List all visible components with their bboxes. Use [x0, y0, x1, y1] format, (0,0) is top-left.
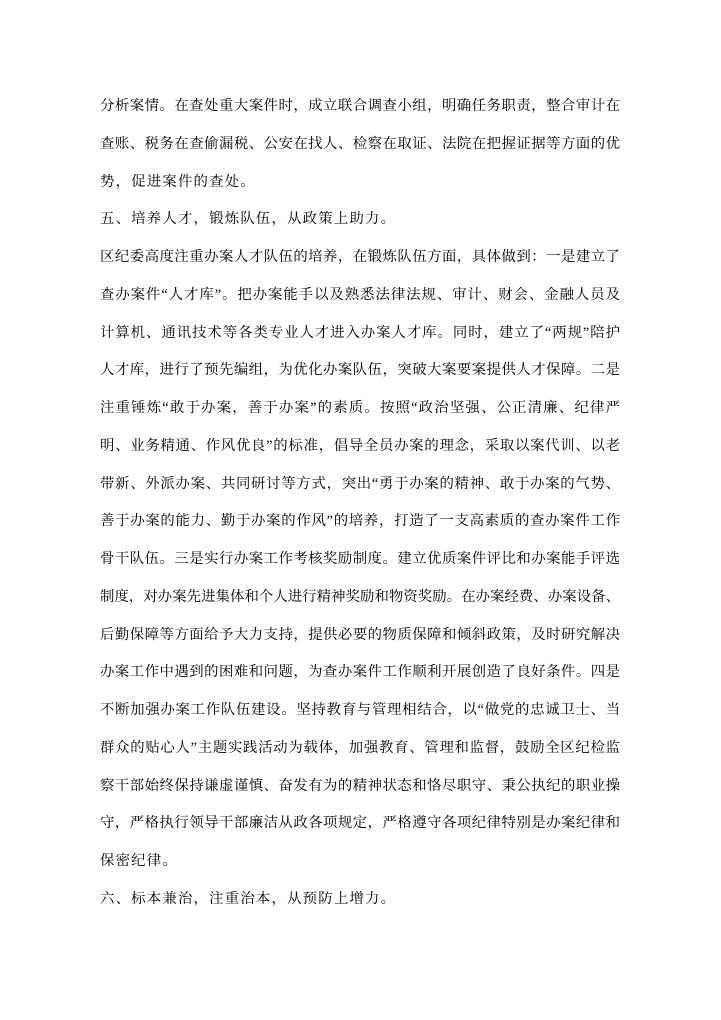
text-line: 区纪委高度注重办案人才队伍的培养，在锻炼队伍方面，具体做到：一是建立了: [100, 239, 620, 277]
text-line: 查账、税务在查偷漏税、公安在找人、检察在取证、法院在把握证据等方面的优: [100, 126, 620, 164]
text-line: 后勤保障等方面给予大力支持，提供必要的物质保障和倾斜政策，及时研究解决: [100, 617, 620, 655]
text-line: 注重锤炼“敢于办案，善于办案”的素质。按照“政治坚强、公正清廉、纪律严: [100, 390, 620, 428]
text-line: 五、培养人才，锻炼队伍，从政策上助力。: [100, 201, 620, 239]
document-body: 分析案情。在查处重大案件时，成立联合调查小组，明确任务职责，整合审计在查账、税务…: [100, 88, 620, 919]
document-page: 分析案情。在查处重大案件时，成立联合调查小组，明确任务职责，整合审计在查账、税务…: [0, 0, 721, 1020]
text-line: 带新、外派办案、共同研讨等方式，突出“勇于办案的精神、敢于办案的气势、: [100, 466, 620, 504]
text-line: 查办案件“人才库”。把办案能手以及熟悉法律法规、审计、财会、金融人员及: [100, 277, 620, 315]
text-line: 不断加强办案工作队伍建设。坚持教育与管理相结合，以“做党的忠诚卫士、当: [100, 692, 620, 730]
text-line: 势，促进案件的查处。: [100, 164, 620, 202]
text-line: 分析案情。在查处重大案件时，成立联合调查小组，明确任务职责，整合审计在: [100, 88, 620, 126]
text-line: 人才库，进行了预先编组，为优化办案队伍，突破大案要案提供人才保障。二是: [100, 352, 620, 390]
text-line: 群众的贴心人”主题实践活动为载体，加强教育、管理和监督，鼓励全区纪检监: [100, 730, 620, 768]
text-line: 计算机、通讯技术等各类专业人才进入办案人才库。同时，建立了“两规”陪护: [100, 315, 620, 353]
text-line: 明、业务精通、作风优良”的标准，倡导全员办案的理念，采取以案代训、以老: [100, 428, 620, 466]
text-line: 制度，对办案先进集体和个人进行精神奖励和物资奖励。在办案经费、办案设备、: [100, 579, 620, 617]
text-line: 骨干队伍。三是实行办案工作考核奖励制度。建立优质案件评比和办案能手评选: [100, 541, 620, 579]
text-line: 察干部始终保持谦虚谨慎、奋发有为的精神状态和恪尽职守、秉公执纪的职业操: [100, 768, 620, 806]
text-line: 办案工作中遇到的困难和问题，为查办案件工作顺利开展创造了良好条件。四是: [100, 654, 620, 692]
text-line: 六、标本兼治，注重治本，从预防上增力。: [100, 881, 620, 919]
text-line: 守，严格执行领导干部廉洁从政各项规定，严格遵守各项纪律特别是办案纪律和: [100, 805, 620, 843]
text-line: 保密纪律。: [100, 843, 620, 881]
text-line: 善于办案的能力、勤于办案的作风”的培养，打造了一支高素质的查办案件工作: [100, 503, 620, 541]
